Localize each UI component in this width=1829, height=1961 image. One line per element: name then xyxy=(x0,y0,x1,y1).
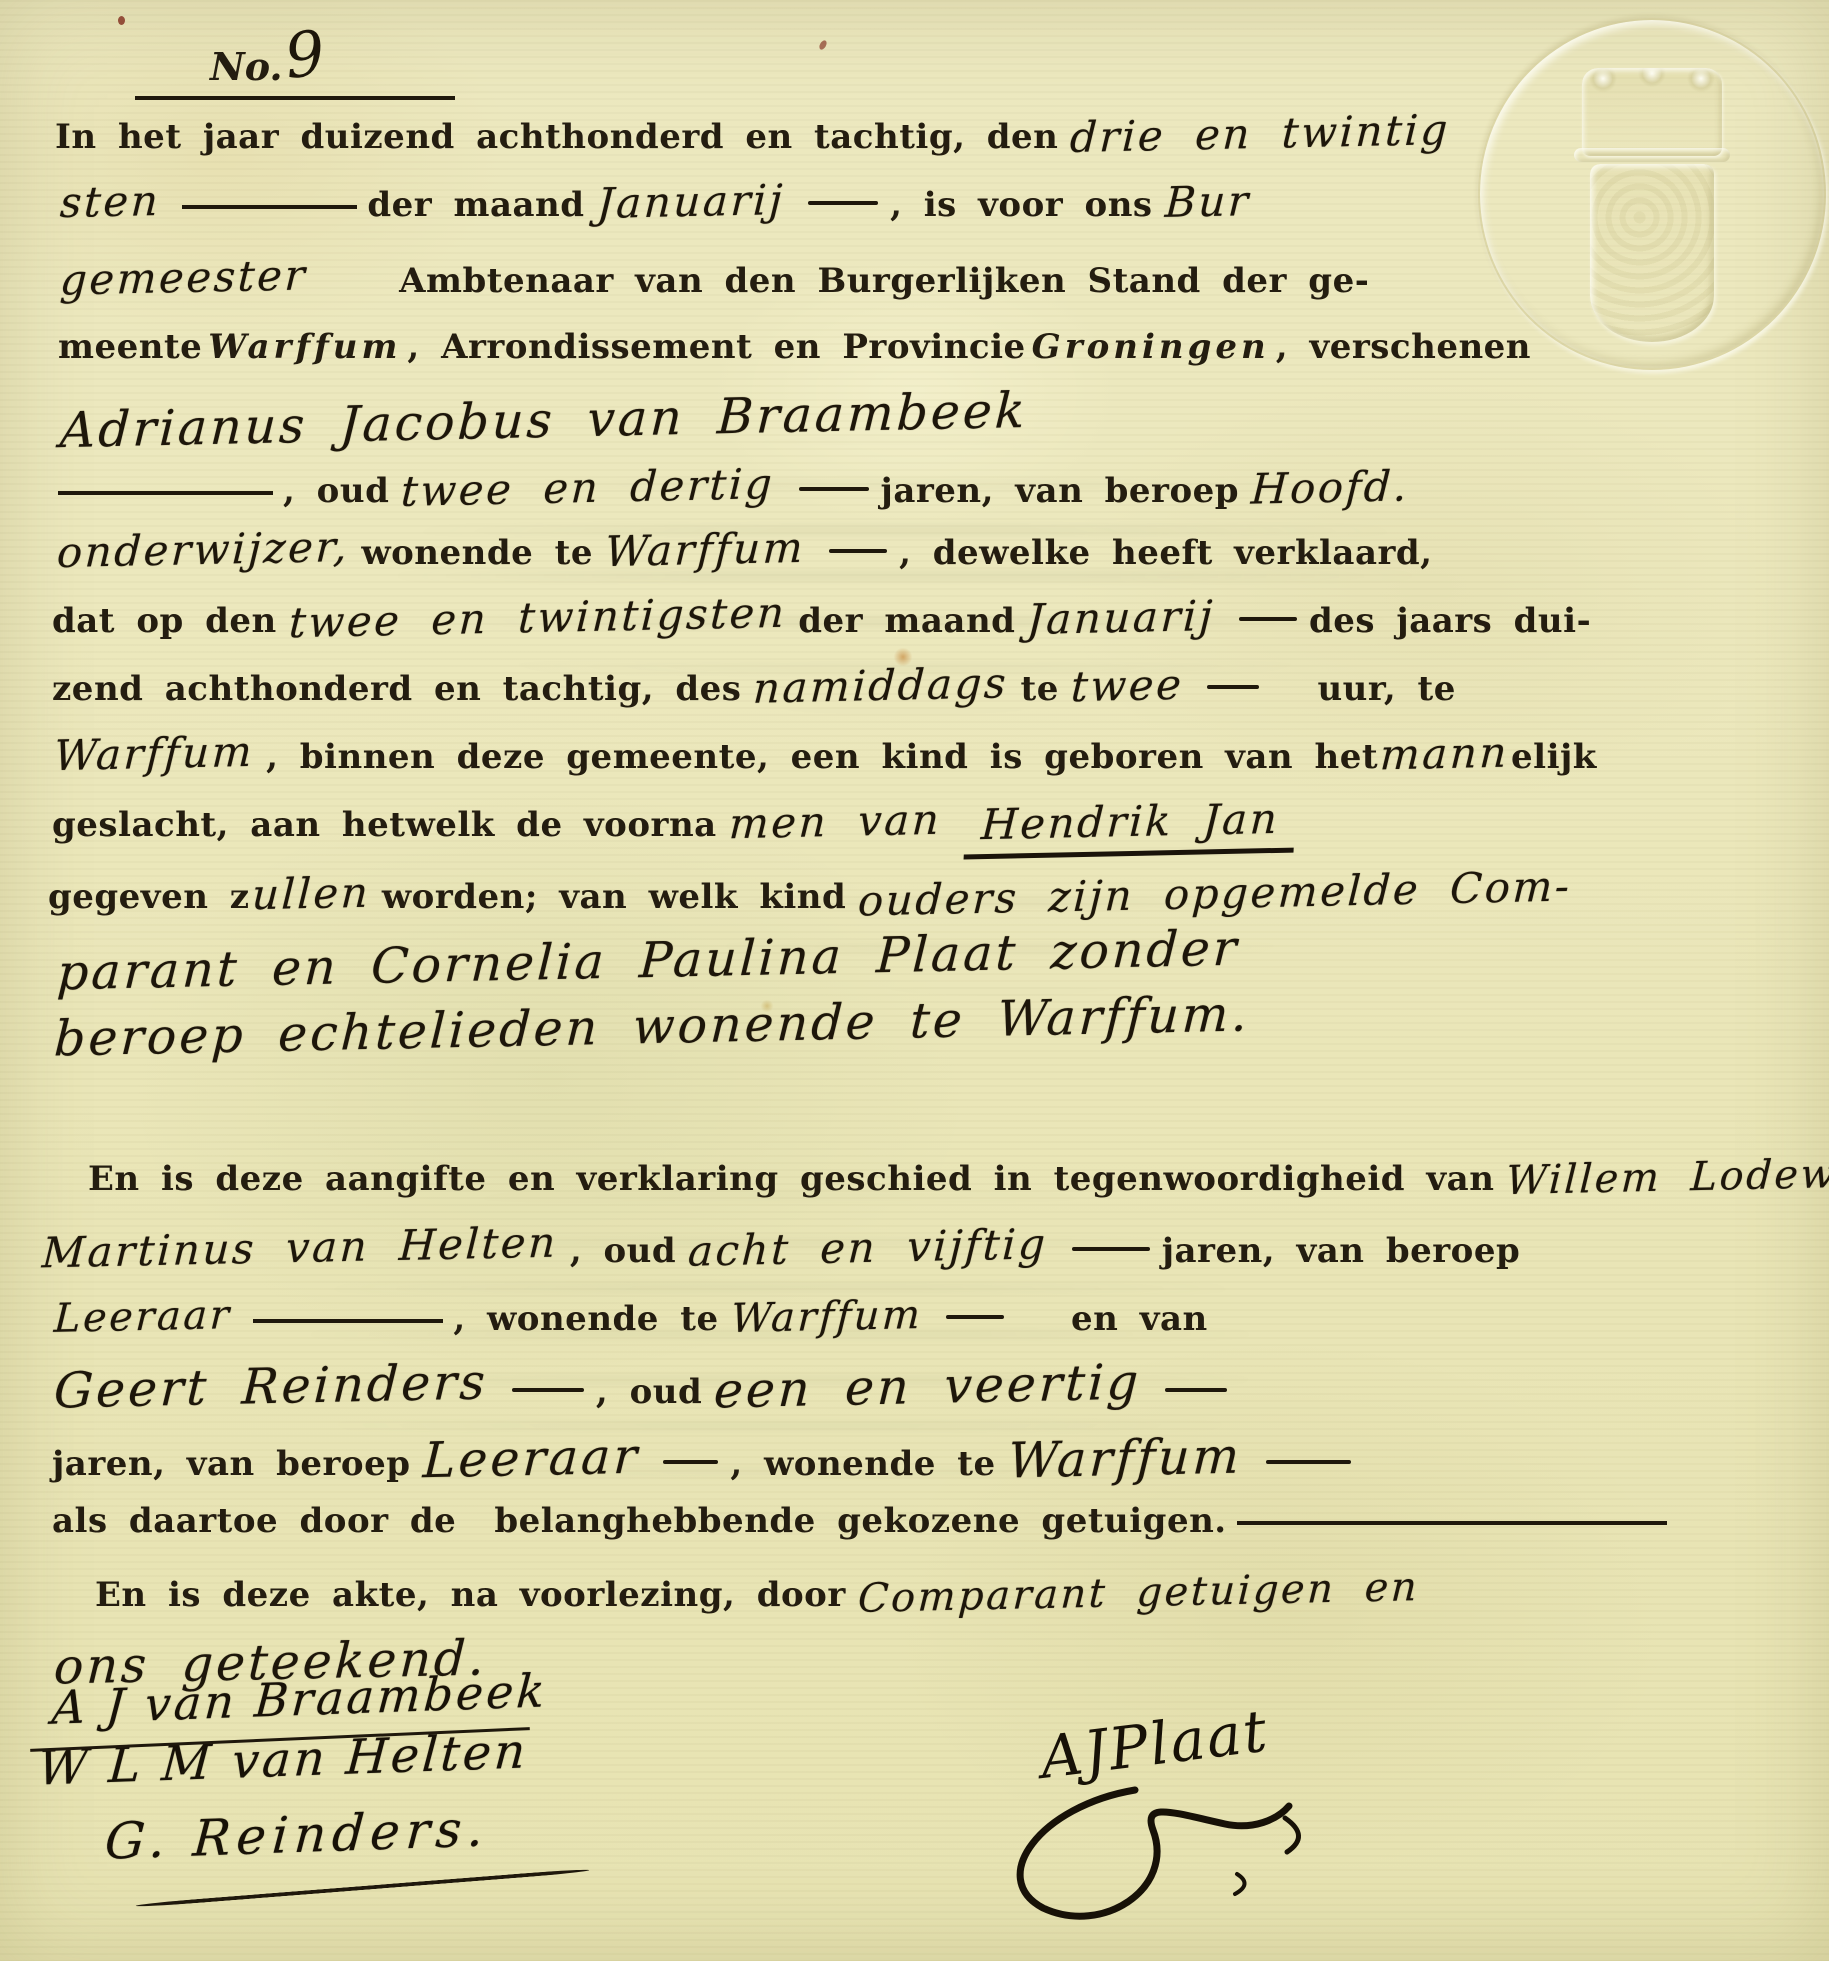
act-line-day-month-seg-dash xyxy=(808,201,878,205)
act-line-witness2-seg-dash xyxy=(1165,1388,1227,1392)
act-line-gemeente: meenteWarffum, Arrondissement en Provinc… xyxy=(58,326,1531,369)
act-line-witness1-age-seg-dash xyxy=(1072,1247,1150,1251)
act-line-witness-close-seg-rule xyxy=(1237,1521,1667,1525)
act-line-age: , oudtwee en dertigjaren, van beroepHoof… xyxy=(48,462,1421,515)
act-line-day-month-seg-h: sten xyxy=(59,175,162,230)
act-line-witness2-prof-seg-dash xyxy=(663,1460,718,1464)
act-line-witness-close: als daartoe door debelanghebbende gekoze… xyxy=(52,1500,1677,1543)
act-line-official: gemeesterAmbtenaar van den Burgerlijken … xyxy=(48,252,1369,305)
act-line-day-month-seg-h: Januarij xyxy=(595,174,785,230)
act-line-witness-close-seg-p: belanghebbende gekozene getuigen. xyxy=(494,1501,1226,1541)
act-line-year-seg-p: In het jaar duizend achthonderd en tacht… xyxy=(55,117,1058,157)
act-line-declarant-seg-h: Adrianus Jacobus van Braambeek xyxy=(59,380,1030,462)
act-line-witness2-seg-h: Geert Reinders xyxy=(53,1351,490,1421)
act-line-profession-seg-h: Warffum xyxy=(604,522,807,579)
act-line-profession-seg-h: onderwijzer, xyxy=(56,521,351,580)
act-line-year: In het jaar duizend achthonderd en tacht… xyxy=(55,108,1462,161)
act-line-birth-date-seg-p: der maand xyxy=(798,601,1015,641)
act-line-gemeente-seg-pi: Groningen xyxy=(1032,327,1270,367)
act-line-birth-time: zend achthonderd en tachtig, desnamiddag… xyxy=(52,660,1456,713)
act-line-witness1-prof-seg-rule xyxy=(253,1319,443,1323)
act-line-birth-date-seg-h: twee en twintigsten xyxy=(288,587,788,650)
act-line-birth-place-seg-h: Warffum xyxy=(53,726,256,783)
act-line-witness2: Geert Reinders, oudeen en veertig xyxy=(42,1356,1239,1417)
act-line-official-seg-h: gemeester xyxy=(59,249,309,307)
act-number-value: 9 xyxy=(281,16,328,93)
act-line-witness1-age-seg-p: jaren, van beroep xyxy=(1162,1231,1521,1271)
act-line-birth-date-seg-h: Januarij xyxy=(1026,590,1216,646)
act-line-parents-3: beroep echtelieden wonende te Warffum. xyxy=(42,996,1262,1057)
act-line-child-name: geslacht, aan hetwelk de voornamen vanHe… xyxy=(52,796,1307,856)
act-line-birth-place-seg-p: elijk xyxy=(1511,737,1597,777)
act-line-parents-3-seg-h: beroep echtelieden wonende te Warffum. xyxy=(53,983,1252,1069)
act-line-birth-time-seg-h: namiddags xyxy=(752,657,1010,715)
act-line-child-name-seg-p: geslacht, aan hetwelk de voorna xyxy=(52,805,717,845)
act-line-witness1-prof-seg-p: , wonende te xyxy=(453,1299,718,1339)
embossed-seal xyxy=(1478,18,1826,370)
act-line-birth-time-seg-p: te xyxy=(1021,669,1059,709)
ink-speck xyxy=(118,16,125,25)
act-line-profession: onderwijzer,wonende teWarffum, dewelke h… xyxy=(45,524,1433,577)
act-line-witness1-prof: Leeraar, wonende teWarffumen van xyxy=(42,1292,1208,1342)
act-line-birth-place: Warffum, binnen deze gemeente, een kind … xyxy=(42,728,1597,781)
act-line-day-month-seg-h: Bur xyxy=(1163,175,1251,229)
act-line-parents-1-seg-h: ullen xyxy=(250,867,371,922)
act-line-day-month-seg-p: , is voor ons xyxy=(890,185,1152,225)
act-line-witness2-prof: jaren, van beroepLeeraar, wonende teWarf… xyxy=(52,1428,1363,1489)
act-line-witness2-seg-h: een en veertig xyxy=(713,1351,1143,1421)
act-line-profession-seg-p: , dewelke heeft verklaard, xyxy=(899,533,1432,573)
act-line-birth-date-seg-p: des jaars dui- xyxy=(1309,601,1591,641)
act-line-parents-2: parant en Cornelia Paulina Plaat zonder xyxy=(45,930,1252,991)
act-line-witness-intro-seg-p: En is deze aangifte en verklaring geschi… xyxy=(88,1159,1494,1199)
act-line-age-seg-h: twee en dertig xyxy=(400,458,776,518)
act-line-witness2-prof-seg-p: , wonende te xyxy=(730,1444,995,1484)
act-line-child-name-seg-h: men van xyxy=(727,794,942,851)
act-line-witness1-age: Martinus van Helten, oudacht en vijftigj… xyxy=(30,1222,1520,1275)
act-line-child-name-seg-hu: Hendrik Jan xyxy=(964,793,1297,859)
seal-crown-icon xyxy=(1582,68,1722,156)
act-line-year-seg-h: drie en twintig xyxy=(1069,104,1451,165)
act-line-witness-intro-seg-h: Willem Lodewijk xyxy=(1505,1148,1829,1206)
act-line-witness2-seg-dash xyxy=(512,1388,584,1392)
act-line-birth-place-seg-h: mann xyxy=(1379,727,1511,782)
act-line-day-month-seg-rule xyxy=(182,205,357,209)
act-number-label: No. xyxy=(210,44,283,89)
act-line-age-seg-dash xyxy=(799,487,869,491)
act-line-witness1-prof-seg-h: Leeraar xyxy=(53,1290,233,1344)
act-line-closing-1-seg-p: En is deze akte, na voorlezing, door xyxy=(95,1575,846,1615)
act-line-day-month: stender maandJanuarij, is voor onsBur xyxy=(48,176,1262,229)
act-line-parents-1: gegeven zullenworden; van welk kindouder… xyxy=(48,868,1584,921)
act-line-gemeente-seg-p: meente xyxy=(58,327,202,367)
act-line-closing-1: En is deze akte, na voorlezing, doorComp… xyxy=(95,1568,1431,1618)
seal-band-icon xyxy=(1574,148,1730,162)
official-signature-tick xyxy=(1235,1874,1245,1894)
act-line-gemeente-seg-pi: Warffum xyxy=(208,327,401,367)
official-signature-paraph xyxy=(1285,1818,1299,1852)
act-line-birth-time-seg-p: zend achthonderd en tachtig, des xyxy=(52,669,741,709)
act-number-underline xyxy=(135,96,455,100)
act-line-day-month-seg-p: der maand xyxy=(367,185,584,225)
act-line-witness1-age-seg-h: Martinus van Helten xyxy=(41,1217,559,1280)
act-line-parents-1-seg-p: worden; van welk kind xyxy=(382,877,846,917)
official-signature: AJPlaat xyxy=(985,1678,1355,1940)
act-line-birth-date-seg-dash xyxy=(1239,617,1297,621)
act-line-profession-seg-dash xyxy=(829,549,887,553)
act-line-witness1-age-seg-p: , oud xyxy=(570,1231,676,1271)
act-line-official-seg-p: Ambtenaar van den Burgerlijken Stand der… xyxy=(399,261,1369,301)
act-line-birth-date: dat op dentwee en twintigstender maandJa… xyxy=(52,592,1591,645)
act-line-witness1-prof-seg-p: en van xyxy=(1071,1299,1208,1339)
act-line-witness2-seg-p: , oud xyxy=(596,1372,702,1412)
act-line-age-seg-rule xyxy=(58,491,273,495)
act-line-witness2-prof-seg-h: Leeraar xyxy=(421,1426,641,1492)
act-line-birth-time-seg-dash xyxy=(1207,685,1259,689)
act-line-birth-time-seg-p: uur, te xyxy=(1317,669,1455,709)
act-line-age-seg-p: , oud xyxy=(283,471,389,511)
act-line-witness2-prof-seg-h: Warffum xyxy=(1006,1426,1243,1492)
act-line-witness2-prof-seg-p: jaren, van beroep xyxy=(52,1444,411,1484)
act-line-closing-1-seg-h: Comparant getuigen en xyxy=(857,1562,1421,1624)
seal-shield-icon xyxy=(1590,164,1714,342)
act-line-birth-time-seg-h: twee xyxy=(1070,659,1185,714)
act-line-witness1-prof-seg-h: Warffum xyxy=(729,1290,923,1344)
act-line-witness-close-seg-p: als daartoe door de xyxy=(52,1501,456,1541)
birth-certificate-scan: { "header": { "number_label": "No.", "nu… xyxy=(0,0,1829,1961)
act-line-age-seg-p: jaren, van beroep xyxy=(881,471,1240,511)
act-line-profession-seg-p: wonende te xyxy=(361,533,593,573)
act-line-witness1-age-seg-h: acht en vijftig xyxy=(687,1218,1049,1278)
act-line-birth-place-seg-p: , binnen deze gemeente, een kind is gebo… xyxy=(266,737,1378,777)
official-signature-text: AJPlaat xyxy=(1031,1696,1272,1792)
act-line-parents-1-seg-p: gegeven z xyxy=(48,877,250,917)
act-line-witness-intro: En is deze aangifte en verklaring geschi… xyxy=(88,1152,1829,1202)
official-signature-loop xyxy=(1020,1790,1289,1916)
act-line-age-seg-h: Hoofd. xyxy=(1250,460,1411,516)
act-line-gemeente-seg-p: , Arrondissement en Provincie xyxy=(407,327,1025,367)
act-line-birth-date-seg-p: dat op den xyxy=(52,601,277,641)
act-line-declarant: Adrianus Jacobus van Braambeek xyxy=(48,390,1040,451)
act-line-gemeente-seg-p: , verschenen xyxy=(1276,327,1531,367)
act-line-witness2-prof-seg-dash xyxy=(1266,1460,1351,1464)
act-line-witness1-prof-seg-dash xyxy=(946,1315,1004,1319)
